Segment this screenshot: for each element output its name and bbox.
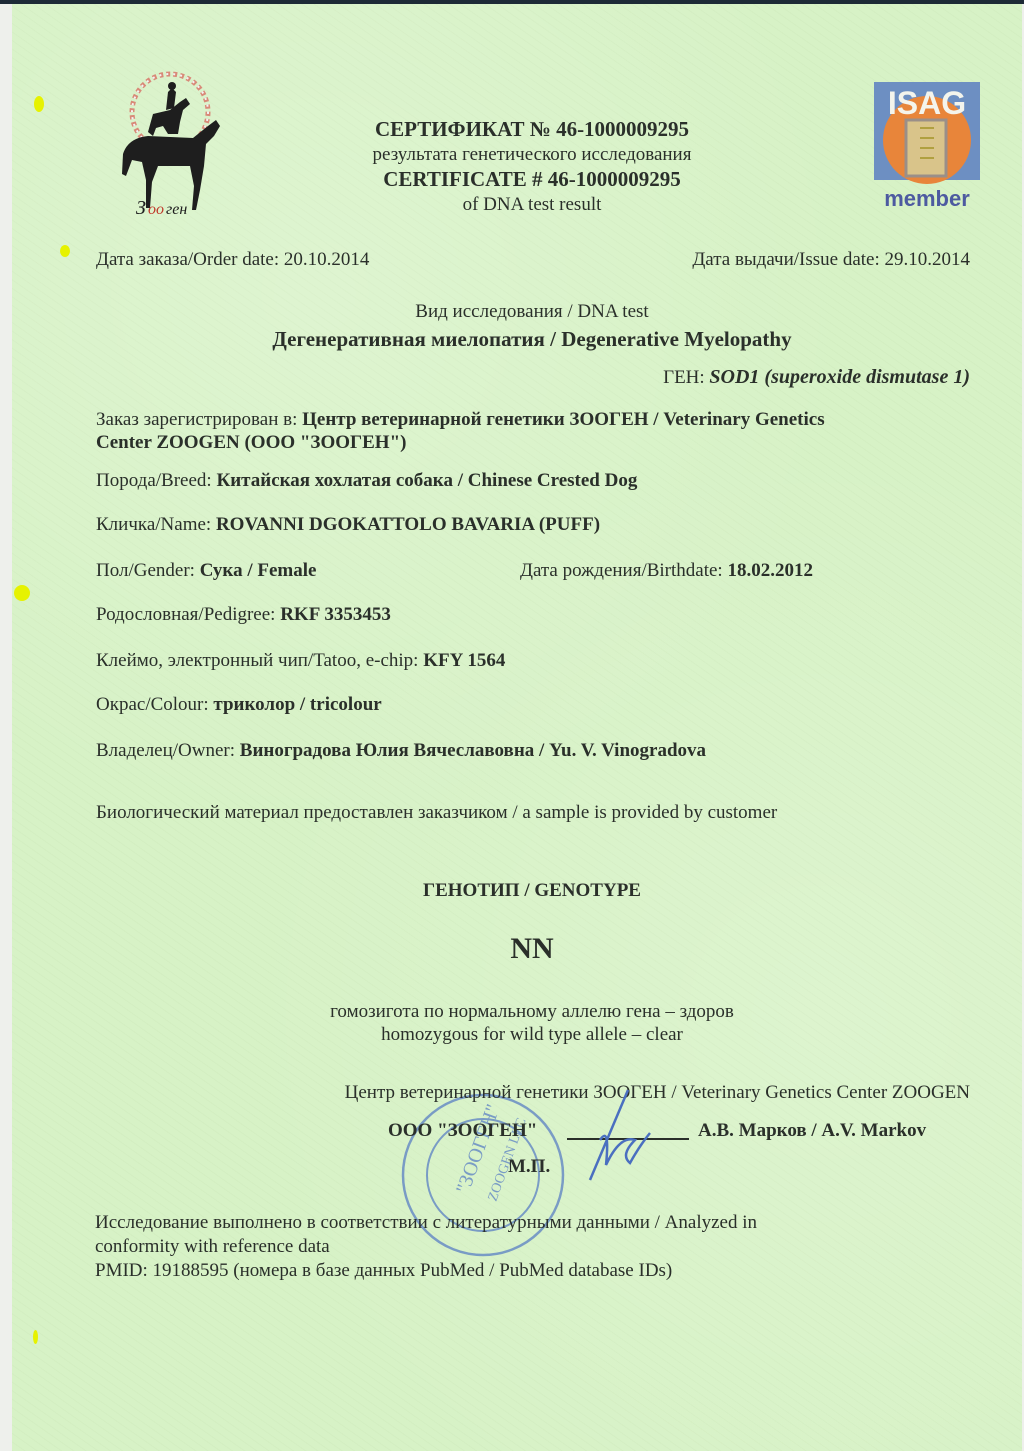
breed-row: Порода/Breed: Китайская хохлатая собака … bbox=[96, 470, 637, 492]
order-date: Дата заказа/Order date: 20.10.2014 bbox=[96, 249, 369, 271]
pedigree-value: RKF 3353453 bbox=[280, 604, 391, 625]
certificate-title-ru: СЕРТИФИКАТ № 46-1000009295 bbox=[0, 117, 1024, 142]
registered-at: Заказ зарегистрирован в: Центр ветеринар… bbox=[96, 408, 976, 454]
birthdate-row: Дата рождения/Birthdate: 18.02.2012 bbox=[520, 560, 813, 582]
marker-dot bbox=[33, 1330, 38, 1344]
birthdate-label: Дата рождения/Birthdate: bbox=[520, 560, 723, 581]
issue-date-value: 29.10.2014 bbox=[885, 249, 971, 270]
order-date-label: Дата заказа/Order date: bbox=[96, 249, 279, 270]
gene-value: SOD1 (superoxide dismutase 1) bbox=[709, 366, 970, 388]
dna-test-name: Дегенеративная миелопатия / Degenerative… bbox=[0, 327, 1024, 352]
gender-label: Пол/Gender: bbox=[96, 560, 195, 581]
chip-label: Клеймо, электронный чип/Tatoo, e-chip: bbox=[96, 650, 418, 671]
marker-dot bbox=[34, 96, 44, 112]
genotype-desc-ru: гомозигота по нормальному аллелю гена – … bbox=[0, 1001, 1024, 1023]
registered-value-line2: Center ZOOGEN (ООО "ЗООГЕН") bbox=[96, 432, 406, 453]
owner-value: Виноградова Юлия Вячеславовна / Yu. V. V… bbox=[240, 740, 706, 761]
issue-date: Дата выдачи/Issue date: 29.10.2014 bbox=[692, 249, 970, 271]
registered-label: Заказ зарегистрирован в: bbox=[96, 409, 297, 430]
registered-value-line1: Центр ветеринарной генетики ЗООГЕН / Vet… bbox=[302, 409, 824, 430]
order-date-value: 20.10.2014 bbox=[284, 249, 370, 270]
birthdate-value: 18.02.2012 bbox=[727, 560, 813, 581]
breed-label: Порода/Breed: bbox=[96, 470, 212, 491]
member-text: member bbox=[884, 186, 970, 211]
certificate-title-en: CERTIFICATE # 46-1000009295 bbox=[0, 167, 1024, 192]
footer-pmid: PMID: 19188595 (номера в базе данных Pub… bbox=[95, 1260, 672, 1282]
sample-note: Биологический материал предоставлен зака… bbox=[96, 802, 777, 824]
marker-dot bbox=[60, 245, 70, 257]
certificate-subtitle-ru: результата генетического исследования bbox=[0, 144, 1024, 166]
gender-value: Сука / Female bbox=[200, 560, 317, 581]
dna-test-label: Вид исследования / DNA test bbox=[0, 301, 1024, 323]
pedigree-row: Родословная/Pedigree: RKF 3353453 bbox=[96, 604, 391, 626]
gender-row: Пол/Gender: Сука / Female bbox=[96, 560, 316, 582]
breed-value: Китайская хохлатая собака / Chinese Cres… bbox=[216, 470, 637, 491]
genotype-heading: ГЕНОТИП / GENOTYPE bbox=[0, 880, 1024, 902]
name-value: ROVANNI DGOKATTOLO BAVARIA (PUFF) bbox=[216, 514, 600, 535]
footer-line2: conformity with reference data bbox=[95, 1236, 330, 1258]
colour-value: триколор / tricolour bbox=[213, 694, 381, 715]
footer-line1: Исследование выполнено в соответствии с … bbox=[95, 1212, 757, 1234]
issue-date-label: Дата выдачи/Issue date: bbox=[692, 249, 879, 270]
isag-member-badge: ISAG member bbox=[872, 80, 982, 212]
certificate-subtitle-en: of DNA test result bbox=[0, 194, 1024, 216]
name-row: Кличка/Name: ROVANNI DGOKATTOLO BAVARIA … bbox=[96, 514, 600, 536]
isag-text: ISAG bbox=[888, 85, 966, 121]
gene: ГЕН: SOD1 (superoxide dismutase 1) bbox=[663, 366, 970, 389]
signer-name: А.В. Марков / A.V. Markov bbox=[698, 1120, 926, 1142]
owner-label: Владелец/Owner: bbox=[96, 740, 235, 761]
chip-value: KFY 1564 bbox=[423, 650, 505, 671]
chip-row: Клеймо, электронный чип/Tatoo, e-chip: K… bbox=[96, 650, 505, 672]
owner-row: Владелец/Owner: Виноградова Юлия Вячесла… bbox=[96, 740, 706, 762]
gene-label: ГЕН: bbox=[663, 367, 705, 388]
seal-mark: М.П. bbox=[508, 1156, 550, 1178]
colour-label: Окрас/Colour: bbox=[96, 694, 209, 715]
pedigree-label: Родословная/Pedigree: bbox=[96, 604, 275, 625]
signature-scribble bbox=[560, 1085, 670, 1195]
name-label: Кличка/Name: bbox=[96, 514, 211, 535]
signature-org: ООО "ЗООГЕН" bbox=[388, 1120, 537, 1142]
marker-dot bbox=[14, 585, 30, 601]
genotype-value: NN bbox=[0, 932, 1024, 966]
genotype-desc-en: homozygous for wild type allele – clear bbox=[0, 1024, 1024, 1046]
colour-row: Окрас/Colour: триколор / tricolour bbox=[96, 694, 382, 716]
